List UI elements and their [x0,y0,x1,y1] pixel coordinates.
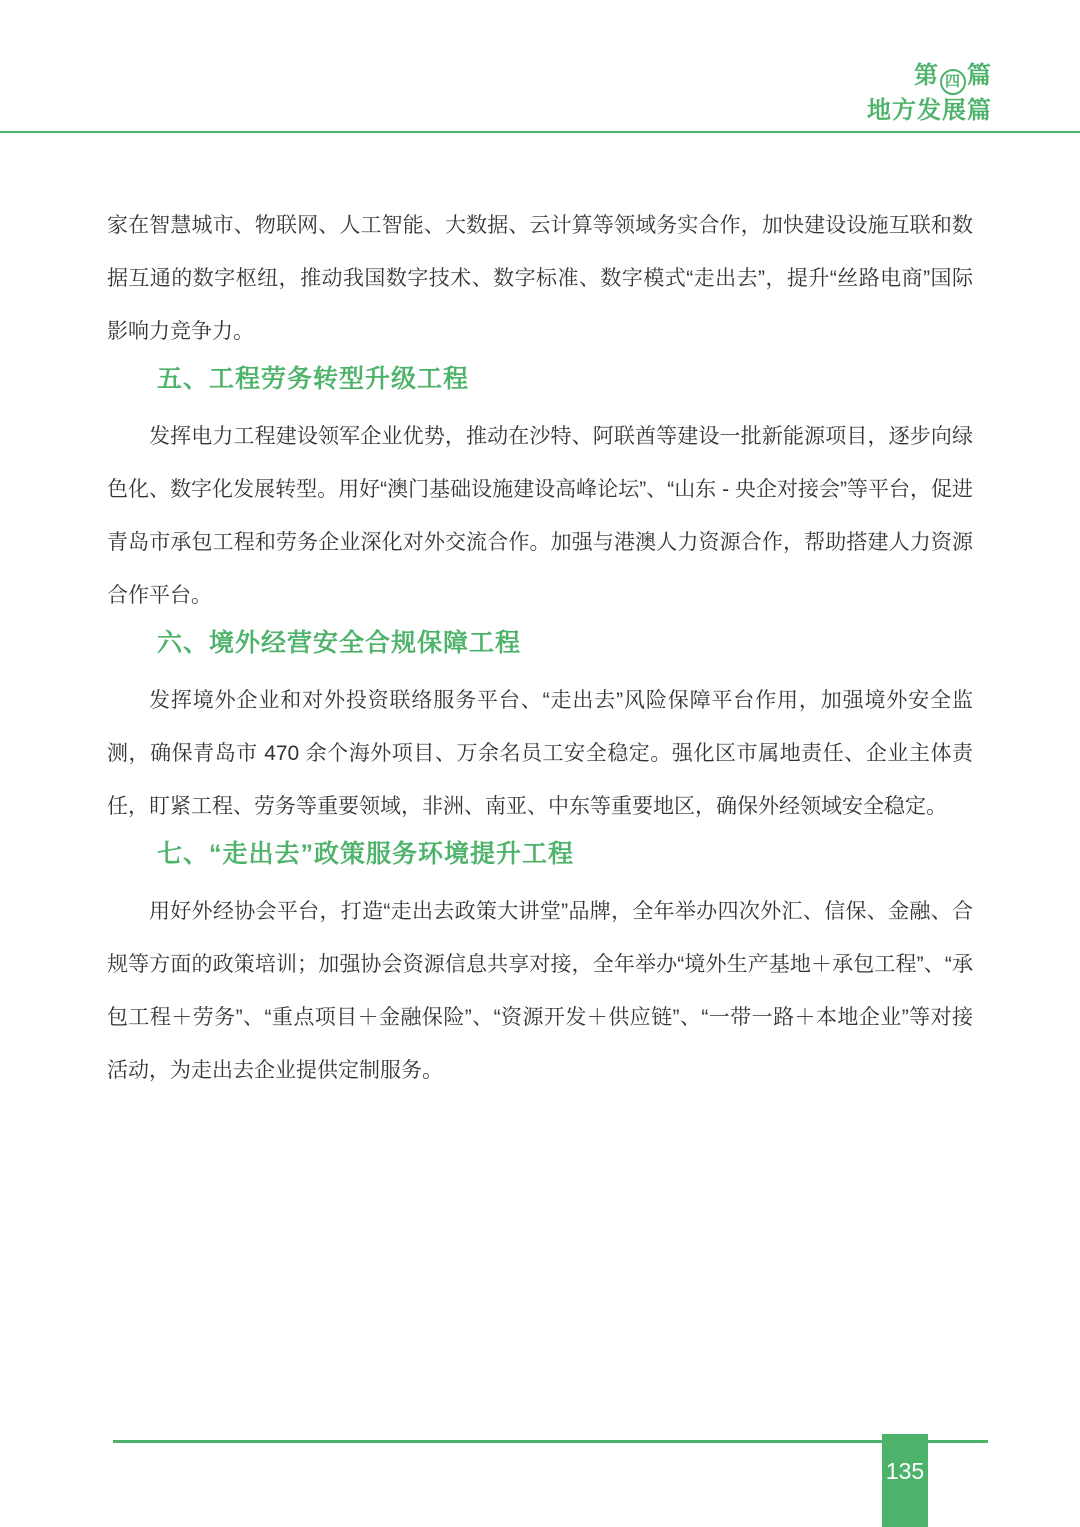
chapter-title: 第四篇 [867,60,992,95]
section-heading-6: 六、境外经营安全合规保障工程 [107,622,973,664]
body-paragraph-section6: 发挥境外企业和对外投资联络服务平台、“走出去”风险保障平台作用，加强境外安全监测… [107,674,973,833]
circled-four-badge: 四 [940,69,966,95]
body-paragraph-continuation: 家在智慧城市、物联网、人工智能、大数据、云计算等领域务实合作，加快建设设施互联和… [107,199,973,358]
body-paragraph-section5: 发挥电力工程建设领军企业优势，推动在沙特、阿联酋等建设一批新能源项目，逐步向绿色… [107,410,973,622]
section-heading-7: 七、“走出去”政策服务环境提升工程 [107,833,973,875]
document-content: 家在智慧城市、物联网、人工智能、大数据、云计算等领域务实合作，加快建设设施互联和… [107,199,973,1097]
chapter-suffix: 篇 [967,62,992,89]
section-heading-5: 五、工程劳务转型升级工程 [107,358,973,400]
page-header: 第四篇 地方发展篇 [867,60,992,126]
header-rule [0,131,1080,133]
body-paragraph-section7: 用好外经协会平台，打造“走出去政策大讲堂”品牌，全年举办四次外汇、信保、金融、合… [107,885,973,1097]
page-number-badge: 135 [882,1434,928,1527]
document-page: 第四篇 地方发展篇 家在智慧城市、物联网、人工智能、大数据、云计算等领域务实合作… [0,0,1080,1527]
footer-rule [113,1440,988,1443]
section-title: 地方发展篇 [867,95,992,126]
chapter-prefix: 第 [914,62,939,89]
